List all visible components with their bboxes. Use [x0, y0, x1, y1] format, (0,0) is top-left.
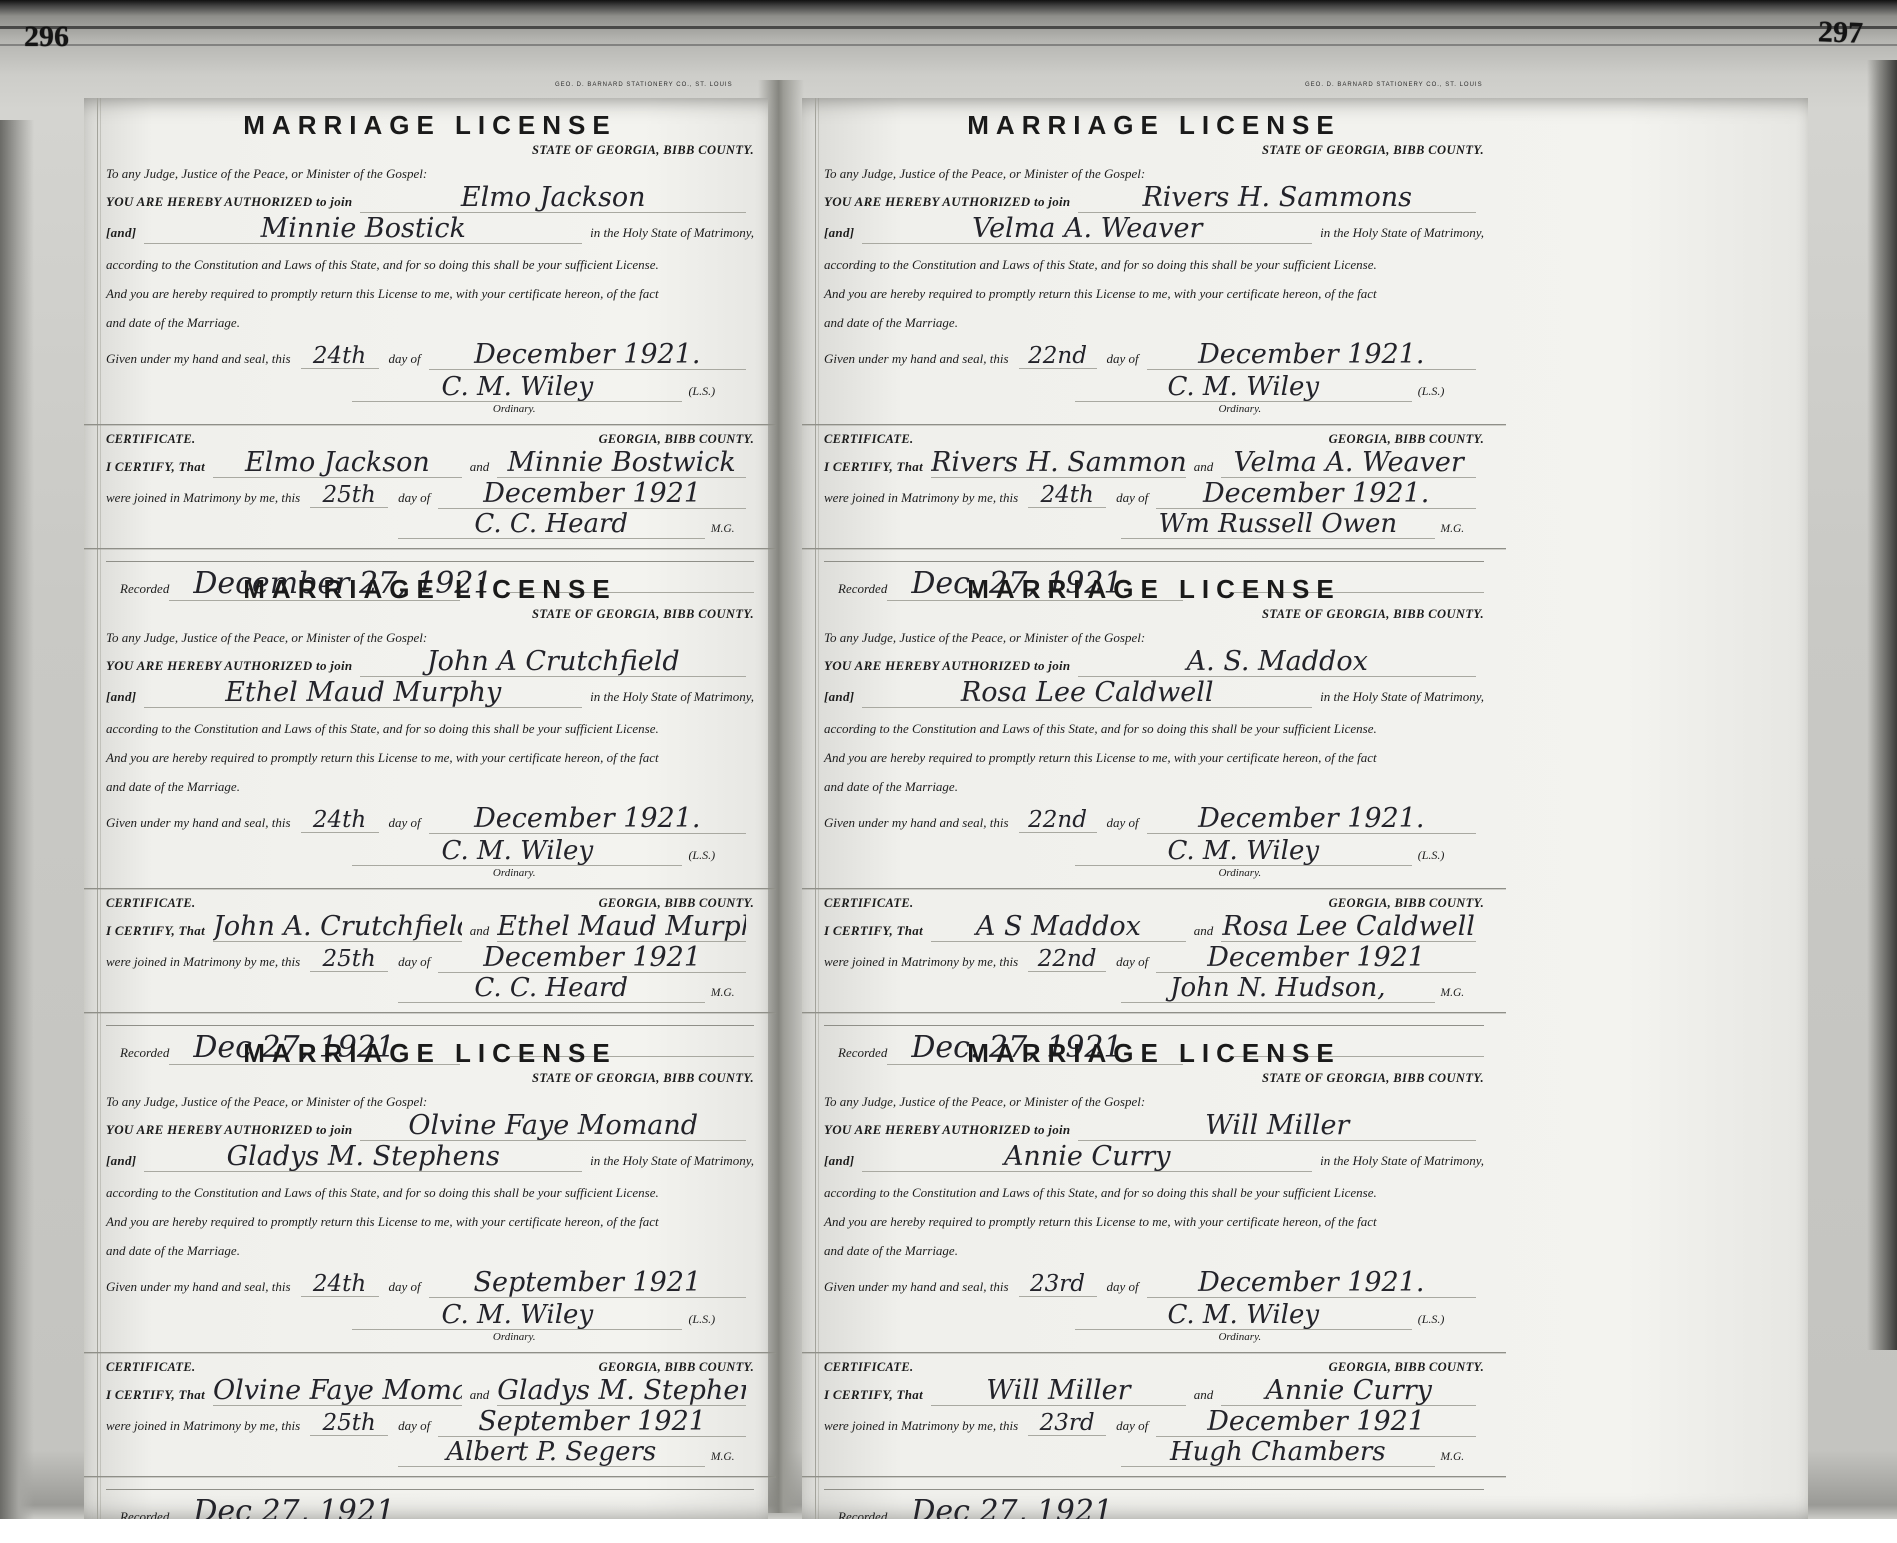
license-date-row: Given under my hand and seal, this 24th … [106, 1269, 754, 1298]
state-county-line: STATE OF GEORGIA, BIBB COUNTY. [106, 607, 754, 622]
signature-line: John N. Hudson, [1121, 975, 1435, 1003]
section-divider [84, 424, 776, 425]
license-body-line: and date of the Marriage. [106, 315, 754, 331]
license-body-line: and date of the Marriage. [106, 1243, 754, 1259]
book-top-edge [0, 44, 1897, 46]
day-of-label: day of [1116, 954, 1148, 970]
license-title: MARRIAGE LICENSE [106, 574, 754, 605]
marriage-date-row: were joined in Matrimony by me, this 23r… [824, 1408, 1484, 1437]
authorized-label: YOU ARE HEREBY AUTHORIZED to join [106, 658, 352, 674]
bride-row: [and] Minnie Bostick in the Holy State o… [106, 215, 754, 244]
day-of-label: day of [398, 490, 430, 506]
license-date-row: Given under my hand and seal, this 23rd … [824, 1269, 1484, 1298]
section-divider [802, 424, 1506, 425]
cert-groom-handwritten: A S Maddox [931, 913, 1186, 942]
cert-groom-handwritten: John A. Crutchfield [213, 913, 462, 942]
license-body-line: And you are hereby required to promptly … [824, 1214, 1484, 1230]
joined-label: were joined in Matrimony by me, this [106, 954, 300, 970]
minister-of-gospel-label: M.G. [1441, 523, 1465, 535]
minister-of-gospel-label: M.G. [711, 523, 735, 535]
section-divider [84, 1352, 776, 1353]
cert-bride-handwritten: Rosa Lee Caldwell [1221, 913, 1476, 942]
joined-label: were joined in Matrimony by me, this [106, 490, 300, 506]
certify-row: I CERTIFY, That John A. Crutchfield and … [106, 913, 754, 942]
license-month-handwritten: December 1921. [429, 805, 746, 834]
marriage-license-record: MARRIAGE LICENSE STATE OF GEORGIA, BIBB … [106, 1026, 754, 1490]
officiant-signature-row: Wm Russell Owen M.G. [1121, 511, 1464, 539]
minister-of-gospel-label: M.G. [711, 987, 735, 999]
license-body-line: And you are hereby required to promptly … [106, 1214, 754, 1230]
salutation-line: To any Judge, Justice of the Peace, or M… [106, 630, 754, 646]
marriage-day-handwritten: 23rd [1028, 1412, 1106, 1436]
county-line: GEORGIA, BIBB COUNTY. [599, 432, 754, 447]
license-body-line: and date of the Marriage. [106, 779, 754, 795]
scan-bottom-margin [0, 1519, 1897, 1543]
bride-name-handwritten: Gladys M. Stephens [144, 1143, 582, 1172]
county-line: GEORGIA, BIBB COUNTY. [599, 896, 754, 911]
certificate-header: CERTIFICATE. GEORGIA, BIBB COUNTY. [106, 1360, 754, 1375]
ordinary-signature-handwritten: C. M. Wiley [1167, 836, 1319, 866]
bride-row: [and] Annie Curry in the Holy State of M… [824, 1143, 1484, 1172]
authorization-row: YOU ARE HEREBY AUTHORIZED to join Will M… [824, 1112, 1484, 1141]
salutation-line: To any Judge, Justice of the Peace, or M… [824, 1094, 1484, 1110]
cert-bride-handwritten: Velma A. Weaver [1221, 449, 1476, 478]
certificate-header: CERTIFICATE. GEORGIA, BIBB COUNTY. [824, 432, 1484, 447]
signature-line: C. M. Wiley [352, 1302, 682, 1330]
day-of-label: day of [1116, 1418, 1148, 1434]
marriage-date-row: were joined in Matrimony by me, this 25t… [106, 944, 754, 973]
ordinary-title-label: Ordinary. [443, 1331, 586, 1343]
certify-label: I CERTIFY, That [824, 1387, 923, 1403]
joined-label: were joined in Matrimony by me, this [106, 1418, 300, 1434]
authorization-row: YOU ARE HEREBY AUTHORIZED to join Olvine… [106, 1112, 754, 1141]
day-of-label: day of [1116, 490, 1148, 506]
officiant-signature-handwritten: C. C. Heard [474, 509, 628, 539]
groom-name-handwritten: Will Miller [1078, 1112, 1476, 1141]
ordinary-signature-row: C. M. Wiley (L.S.) [352, 1302, 715, 1330]
marriage-date-row: were joined in Matrimony by me, this 22n… [824, 944, 1484, 973]
signature-line: C. C. Heard [398, 975, 705, 1003]
license-body-line: And you are hereby required to promptly … [106, 286, 754, 302]
section-divider [84, 888, 776, 889]
authorized-label: YOU ARE HEREBY AUTHORIZED to join [106, 1122, 352, 1138]
ordinary-signature-handwritten: C. M. Wiley [442, 1300, 594, 1330]
marriage-day-handwritten: 24th [1028, 484, 1106, 508]
ordinary-signature-row: C. M. Wiley (L.S.) [1075, 1302, 1445, 1330]
authorization-row: YOU ARE HEREBY AUTHORIZED to join John A… [106, 648, 754, 677]
signature-line: C. C. Heard [398, 511, 705, 539]
matrimony-label: in the Holy State of Matrimony, [590, 1153, 754, 1169]
marriage-license-record: MARRIAGE LICENSE STATE OF GEORGIA, BIBB … [824, 562, 1484, 1026]
certificate-label: CERTIFICATE. [824, 1360, 913, 1375]
marriage-date-row: were joined in Matrimony by me, this 25t… [106, 480, 754, 509]
bride-row: [and] Gladys M. Stephens in the Holy Sta… [106, 1143, 754, 1172]
cert-bride-handwritten: Minnie Bostwick [497, 449, 746, 478]
groom-name-handwritten: Elmo Jackson [360, 184, 746, 213]
seal-label: (L.S.) [688, 848, 715, 863]
marriage-day-handwritten: 25th [310, 948, 388, 972]
officiant-signature-row: Albert P. Segers M.G. [398, 1439, 735, 1467]
and-word: and [470, 1387, 490, 1403]
ordinary-signature-handwritten: C. M. Wiley [442, 836, 594, 866]
county-line: GEORGIA, BIBB COUNTY. [1329, 432, 1484, 447]
section-divider [802, 1476, 1506, 1477]
license-month-handwritten: December 1921. [1147, 805, 1476, 834]
bride-name-handwritten: Velma A. Weaver [862, 215, 1312, 244]
seal-label: (L.S.) [688, 1312, 715, 1327]
license-body-line: And you are hereby required to promptly … [824, 750, 1484, 766]
cert-groom-handwritten: Elmo Jackson [213, 449, 462, 478]
ordinary-signature-row: C. M. Wiley (L.S.) [352, 374, 715, 402]
marriage-day-handwritten: 25th [310, 1412, 388, 1436]
license-body-line: according to the Constitution and Laws o… [824, 1185, 1484, 1201]
marriage-license-record: MARRIAGE LICENSE STATE OF GEORGIA, BIBB … [106, 562, 754, 1026]
seal-label: (L.S.) [688, 384, 715, 399]
signature-line: C. M. Wiley [1075, 1302, 1412, 1330]
license-day-handwritten: 23rd [1019, 1273, 1097, 1297]
salutation-line: To any Judge, Justice of the Peace, or M… [106, 1094, 754, 1110]
and-label: [and] [824, 1153, 854, 1169]
officiant-signature-row: John N. Hudson, M.G. [1121, 975, 1464, 1003]
license-day-handwritten: 22nd [1019, 345, 1097, 369]
book-top-edge [0, 26, 1897, 29]
section-divider [802, 1352, 1506, 1353]
bride-name-handwritten: Rosa Lee Caldwell [862, 679, 1312, 708]
license-body-line: according to the Constitution and Laws o… [106, 257, 754, 273]
stationer-imprint: GEO. D. BARNARD STATIONERY CO., ST. LOUI… [1305, 82, 1483, 88]
license-day-handwritten: 24th [301, 1273, 379, 1297]
certify-row: I CERTIFY, That Will Miller and Annie Cu… [824, 1377, 1484, 1406]
minister-of-gospel-label: M.G. [1441, 987, 1465, 999]
and-label: [and] [106, 1153, 136, 1169]
section-divider [84, 1476, 776, 1477]
license-body-line: according to the Constitution and Laws o… [824, 257, 1484, 273]
section-divider [802, 1012, 1506, 1013]
certificate-header: CERTIFICATE. GEORGIA, BIBB COUNTY. [824, 1360, 1484, 1375]
certificate-label: CERTIFICATE. [106, 432, 195, 447]
license-month-handwritten: December 1921. [1147, 1269, 1476, 1298]
day-of-label: day of [398, 954, 430, 970]
day-of-label: day of [1107, 351, 1139, 367]
joined-label: were joined in Matrimony by me, this [824, 490, 1018, 506]
salutation-line: To any Judge, Justice of the Peace, or M… [824, 630, 1484, 646]
left-page: MARRIAGE LICENSE STATE OF GEORGIA, BIBB … [84, 98, 768, 1520]
officiant-signature-handwritten: C. C. Heard [474, 973, 628, 1003]
given-label: Given under my hand and seal, this [106, 351, 291, 367]
marriage-date-row: were joined in Matrimony by me, this 25t… [106, 1408, 754, 1437]
license-date-row: Given under my hand and seal, this 24th … [106, 341, 754, 370]
day-of-label: day of [398, 1418, 430, 1434]
signature-line: Wm Russell Owen [1121, 511, 1435, 539]
authorization-row: YOU ARE HEREBY AUTHORIZED to join A. S. … [824, 648, 1484, 677]
ordinary-title-label: Ordinary. [1167, 403, 1312, 415]
license-body-line: according to the Constitution and Laws o… [106, 721, 754, 737]
day-of-label: day of [389, 815, 421, 831]
certificate-label: CERTIFICATE. [824, 896, 913, 911]
license-body-line: and date of the Marriage. [824, 779, 1484, 795]
certificate-header: CERTIFICATE. GEORGIA, BIBB COUNTY. [824, 896, 1484, 911]
signature-line: Hugh Chambers [1121, 1439, 1435, 1467]
given-label: Given under my hand and seal, this [824, 351, 1009, 367]
officiant-signature-handwritten: Hugh Chambers [1170, 1437, 1386, 1467]
license-month-handwritten: December 1921. [1147, 341, 1476, 370]
joined-label: were joined in Matrimony by me, this [824, 954, 1018, 970]
section-divider [84, 1012, 776, 1013]
license-body-line: And you are hereby required to promptly … [106, 750, 754, 766]
marriage-month-handwritten: December 1921 [438, 944, 746, 973]
certify-row: I CERTIFY, That A S Maddox and Rosa Lee … [824, 913, 1484, 942]
scanned-marriage-record-book: 296 297 GEO. D. BARNARD STATIONERY CO., … [0, 0, 1897, 1543]
officiant-signature-handwritten: Wm Russell Owen [1158, 509, 1397, 539]
certificate-label: CERTIFICATE. [106, 896, 195, 911]
license-day-handwritten: 22nd [1019, 809, 1097, 833]
signature-line: C. M. Wiley [1075, 838, 1412, 866]
license-title: MARRIAGE LICENSE [824, 110, 1484, 141]
state-county-line: STATE OF GEORGIA, BIBB COUNTY. [824, 1071, 1484, 1086]
county-line: GEORGIA, BIBB COUNTY. [1329, 896, 1484, 911]
matrimony-label: in the Holy State of Matrimony, [1320, 689, 1484, 705]
seal-label: (L.S.) [1418, 848, 1445, 863]
bride-row: [and] Ethel Maud Murphy in the Holy Stat… [106, 679, 754, 708]
marriage-day-handwritten: 25th [310, 484, 388, 508]
matrimony-label: in the Holy State of Matrimony, [590, 689, 754, 705]
right-page-content: MARRIAGE LICENSE STATE OF GEORGIA, BIBB … [824, 98, 1484, 1520]
state-county-line: STATE OF GEORGIA, BIBB COUNTY. [106, 143, 754, 158]
groom-name-handwritten: Olvine Faye Momand [360, 1112, 746, 1141]
certificate-header: CERTIFICATE. GEORGIA, BIBB COUNTY. [106, 432, 754, 447]
authorized-label: YOU ARE HEREBY AUTHORIZED to join [824, 658, 1070, 674]
ordinary-signature-row: C. M. Wiley (L.S.) [352, 838, 715, 866]
license-body-line: and date of the Marriage. [824, 315, 1484, 331]
cert-bride-handwritten: Ethel Maud Murphy [497, 913, 746, 942]
cert-groom-handwritten: Olvine Faye Momand [213, 1377, 462, 1406]
and-word: and [470, 923, 490, 939]
cert-bride-handwritten: Gladys M. Stephens [497, 1377, 746, 1406]
license-title: MARRIAGE LICENSE [824, 574, 1484, 605]
marriage-license-record: MARRIAGE LICENSE STATE OF GEORGIA, BIBB … [824, 98, 1484, 562]
license-title: MARRIAGE LICENSE [824, 1038, 1484, 1069]
joined-label: were joined in Matrimony by me, this [824, 1418, 1018, 1434]
signature-line: C. M. Wiley [352, 838, 682, 866]
certificate-header: CERTIFICATE. GEORGIA, BIBB COUNTY. [106, 896, 754, 911]
book-edge-right [1867, 60, 1897, 1350]
ordinary-signature-row: C. M. Wiley (L.S.) [1075, 374, 1445, 402]
county-line: GEORGIA, BIBB COUNTY. [1329, 1360, 1484, 1375]
certify-label: I CERTIFY, That [106, 923, 205, 939]
certify-label: I CERTIFY, That [824, 923, 923, 939]
salutation-line: To any Judge, Justice of the Peace, or M… [106, 166, 754, 182]
certify-row: I CERTIFY, That Rivers H. Sammons and Ve… [824, 449, 1484, 478]
salutation-line: To any Judge, Justice of the Peace, or M… [824, 166, 1484, 182]
officiant-signature-row: C. C. Heard M.G. [398, 975, 735, 1003]
marriage-date-row: were joined in Matrimony by me, this 24t… [824, 480, 1484, 509]
seal-label: (L.S.) [1418, 1312, 1445, 1327]
bride-name-handwritten: Annie Curry [862, 1143, 1312, 1172]
license-title: MARRIAGE LICENSE [106, 110, 754, 141]
officiant-signature-handwritten: Albert P. Segers [446, 1437, 656, 1467]
certify-label: I CERTIFY, That [106, 459, 205, 475]
ordinary-title-label: Ordinary. [443, 403, 586, 415]
certify-row: I CERTIFY, That Elmo Jackson and Minnie … [106, 449, 754, 478]
minister-of-gospel-label: M.G. [711, 1451, 735, 1463]
bride-row: [and] Rosa Lee Caldwell in the Holy Stat… [824, 679, 1484, 708]
marriage-month-handwritten: December 1921. [1156, 480, 1476, 509]
license-body-line: according to the Constitution and Laws o… [824, 721, 1484, 737]
marriage-month-handwritten: December 1921 [438, 480, 746, 509]
and-label: [and] [106, 689, 136, 705]
authorized-label: YOU ARE HEREBY AUTHORIZED to join [824, 1122, 1070, 1138]
license-date-row: Given under my hand and seal, this 24th … [106, 805, 754, 834]
day-of-label: day of [1107, 1279, 1139, 1295]
ordinary-title-label: Ordinary. [1167, 1331, 1312, 1343]
matrimony-label: in the Holy State of Matrimony, [1320, 225, 1484, 241]
ordinary-signature-handwritten: C. M. Wiley [1167, 1300, 1319, 1330]
bride-name-handwritten: Minnie Bostick [144, 215, 582, 244]
ordinary-signature-row: C. M. Wiley (L.S.) [1075, 838, 1445, 866]
ordinary-signature-handwritten: C. M. Wiley [442, 372, 594, 402]
marriage-month-handwritten: December 1921 [1156, 944, 1476, 973]
authorized-label: YOU ARE HEREBY AUTHORIZED to join [106, 194, 352, 210]
and-word: and [1194, 1387, 1214, 1403]
certificate-label: CERTIFICATE. [824, 432, 913, 447]
bride-name-handwritten: Ethel Maud Murphy [144, 679, 582, 708]
day-of-label: day of [389, 1279, 421, 1295]
seal-label: (L.S.) [1418, 384, 1445, 399]
left-page-number: 296 [24, 20, 69, 54]
officiant-signature-row: Hugh Chambers M.G. [1121, 1439, 1464, 1467]
and-word: and [470, 459, 490, 475]
county-line: GEORGIA, BIBB COUNTY. [599, 1360, 754, 1375]
authorization-row: YOU ARE HEREBY AUTHORIZED to join Rivers… [824, 184, 1484, 213]
and-word: and [1194, 923, 1214, 939]
bride-row: [and] Velma A. Weaver in the Holy State … [824, 215, 1484, 244]
license-month-handwritten: December 1921. [429, 341, 746, 370]
section-divider [84, 548, 776, 549]
stationer-imprint: GEO. D. BARNARD STATIONERY CO., ST. LOUI… [555, 82, 733, 88]
section-divider [802, 548, 1506, 549]
given-label: Given under my hand and seal, this [824, 1279, 1009, 1295]
given-label: Given under my hand and seal, this [106, 1279, 291, 1295]
cert-bride-handwritten: Annie Curry [1221, 1377, 1476, 1406]
given-label: Given under my hand and seal, this [106, 815, 291, 831]
and-label: [and] [824, 225, 854, 241]
license-body-line: and date of the Marriage. [824, 1243, 1484, 1259]
cert-groom-handwritten: Will Miller [931, 1377, 1186, 1406]
license-day-handwritten: 24th [301, 345, 379, 369]
minister-of-gospel-label: M.G. [1441, 1451, 1465, 1463]
given-label: Given under my hand and seal, this [824, 815, 1009, 831]
matrimony-label: in the Holy State of Matrimony, [590, 225, 754, 241]
cert-groom-handwritten: Rivers H. Sammons [931, 449, 1186, 478]
left-page-content: MARRIAGE LICENSE STATE OF GEORGIA, BIBB … [106, 98, 754, 1520]
authorization-row: YOU ARE HEREBY AUTHORIZED to join Elmo J… [106, 184, 754, 213]
state-county-line: STATE OF GEORGIA, BIBB COUNTY. [106, 1071, 754, 1086]
license-title: MARRIAGE LICENSE [106, 1038, 754, 1069]
and-label: [and] [106, 225, 136, 241]
authorized-label: YOU ARE HEREBY AUTHORIZED to join [824, 194, 1070, 210]
officiant-signature-handwritten: John N. Hudson, [1170, 973, 1386, 1003]
state-county-line: STATE OF GEORGIA, BIBB COUNTY. [824, 607, 1484, 622]
groom-name-handwritten: A. S. Maddox [1078, 648, 1476, 677]
groom-name-handwritten: John A Crutchfield [360, 648, 746, 677]
certificate-label: CERTIFICATE. [106, 1360, 195, 1375]
section-divider [802, 888, 1506, 889]
marriage-license-record: MARRIAGE LICENSE STATE OF GEORGIA, BIBB … [824, 1026, 1484, 1490]
right-page: MARRIAGE LICENSE STATE OF GEORGIA, BIBB … [802, 98, 1808, 1520]
license-body-line: And you are hereby required to promptly … [824, 286, 1484, 302]
license-month-handwritten: September 1921 [429, 1269, 746, 1298]
groom-name-handwritten: Rivers H. Sammons [1078, 184, 1476, 213]
ordinary-signature-handwritten: C. M. Wiley [1167, 372, 1319, 402]
ordinary-title-label: Ordinary. [443, 867, 586, 879]
signature-line: C. M. Wiley [1075, 374, 1412, 402]
marriage-day-handwritten: 22nd [1028, 948, 1106, 972]
license-date-row: Given under my hand and seal, this 22nd … [824, 341, 1484, 370]
and-word: and [1194, 459, 1214, 475]
certify-label: I CERTIFY, That [106, 1387, 205, 1403]
certify-label: I CERTIFY, That [824, 459, 923, 475]
right-page-number: 297 [1817, 15, 1863, 51]
marriage-month-handwritten: September 1921 [438, 1408, 746, 1437]
license-date-row: Given under my hand and seal, this 22nd … [824, 805, 1484, 834]
day-of-label: day of [389, 351, 421, 367]
officiant-signature-row: C. C. Heard M.G. [398, 511, 735, 539]
ordinary-title-label: Ordinary. [1167, 867, 1312, 879]
license-body-line: according to the Constitution and Laws o… [106, 1185, 754, 1201]
and-label: [and] [824, 689, 854, 705]
day-of-label: day of [1107, 815, 1139, 831]
book-edge-left [0, 120, 34, 1543]
matrimony-label: in the Holy State of Matrimony, [1320, 1153, 1484, 1169]
state-county-line: STATE OF GEORGIA, BIBB COUNTY. [824, 143, 1484, 158]
signature-line: C. M. Wiley [352, 374, 682, 402]
license-day-handwritten: 24th [301, 809, 379, 833]
marriage-month-handwritten: December 1921 [1156, 1408, 1476, 1437]
signature-line: Albert P. Segers [398, 1439, 705, 1467]
marriage-license-record: MARRIAGE LICENSE STATE OF GEORGIA, BIBB … [106, 98, 754, 562]
certify-row: I CERTIFY, That Olvine Faye Momand and G… [106, 1377, 754, 1406]
